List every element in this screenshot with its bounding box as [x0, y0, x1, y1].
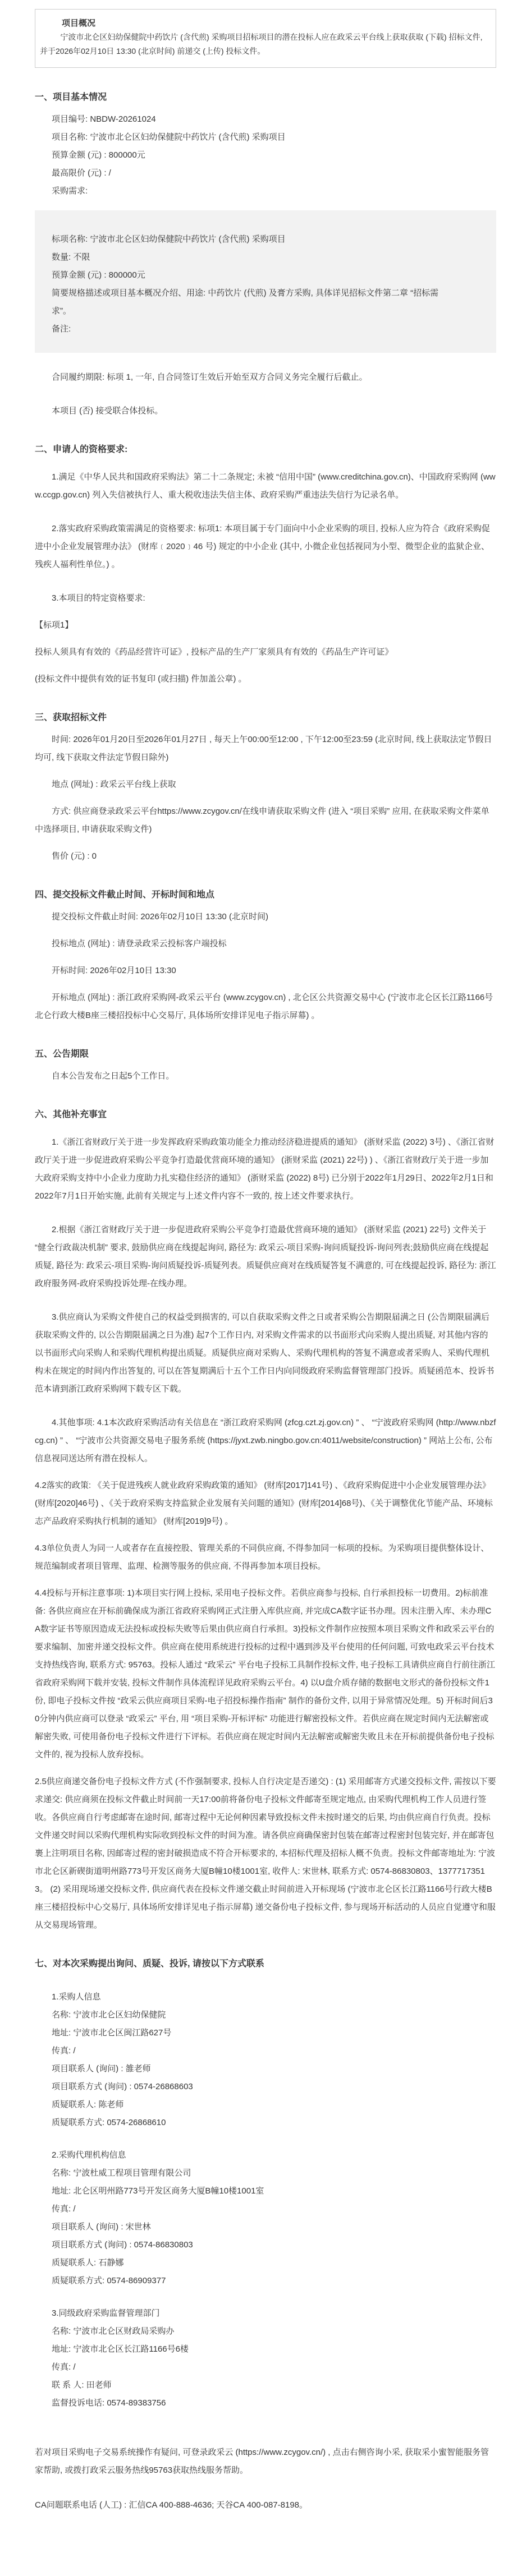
- agency-project-phone: 项目联系方式 (询问) : 0574-86830803: [35, 2236, 496, 2254]
- agency-challenge-phone: 质疑联系方式: 0574-86909377: [35, 2272, 496, 2290]
- other-matter-item: 4.2落实的政策: 《关于促进残疾人就业政府采购政策的通知》 (财库[2017]…: [35, 1477, 496, 1531]
- agency-fax: 传真: /: [35, 2200, 496, 2218]
- lot-detail-box: 标项名称: 宁波市北仑区妇幼保健院中药饮片 (含代煎) 采购项目 数量: 不限 …: [35, 210, 496, 353]
- other-matter-item: 4.3单位负责人为同一人或者存在直接控股、管理关系的不同供应商, 不得参加同一标…: [35, 1540, 496, 1575]
- qualification-license-requirement: 投标人须具有有效的《药品经营许可证》, 投标产品的生产厂家须具有有效的《药品生产…: [35, 643, 496, 661]
- lot-spec: 简要规格描述或项目基本概况介绍、用途: 中药饮片 (代煎) 及膏方采购, 具体详…: [52, 284, 445, 320]
- opening-time: 开标时间: 2026年02月10日 13:30: [35, 962, 496, 980]
- other-matter-item: 4.4投标与开标注意事项: 1)本项目实行网上投标, 采用电子投标文件。若供应商…: [35, 1584, 496, 1764]
- other-matter-item: 2.5供应商递交备份电子投标文件方式 (不作强制要求, 投标人自行决定是否递交)…: [35, 1773, 496, 1934]
- other-matter-item: 1.《浙江省财政厅关于进一步发挥政府采购政策功能全力推动经济稳进提质的通知》 (…: [35, 1133, 496, 1205]
- project-overview-box: 项目概况 宁波市北仑区妇幼保健院中药饮片 (含代煎) 采购项目招标项目的潜在投标…: [35, 9, 496, 68]
- overview-body: 宁波市北仑区妇幼保健院中药饮片 (含代煎) 采购项目招标项目的潜在投标人应在政采…: [40, 30, 491, 58]
- ca-hotline-note: CA问题联系电话 (人工) : 汇信CA 400-888-4636; 天谷CA …: [35, 2496, 496, 2514]
- obtain-price: 售价 (元) : 0: [35, 847, 496, 865]
- lot-remark: 备注:: [52, 320, 445, 338]
- regulator-fax: 传真: /: [35, 2358, 496, 2376]
- other-matter-item: 4.其他事项: 4.1本次政府采购活动有关信息在 “浙江政府采购网 (zfcg.…: [35, 1414, 496, 1468]
- lot-name: 标项名称: 宁波市北仑区妇幼保健院中药饮片 (含代煎) 采购项目: [52, 231, 445, 248]
- agency-name: 名称: 宁波杜威工程项目管理有限公司: [35, 2164, 496, 2182]
- lot-quantity: 数量: 不限: [52, 248, 445, 266]
- procurement-demand-label: 采购需求:: [35, 182, 496, 200]
- agency-address: 地址: 北仑区明州路773号开发区商务大厦B幢10楼1001室: [35, 2182, 496, 2200]
- opening-location: 开标地点 (网址) : 浙江政府采购网-政采云平台 (www.zcygov.cn…: [35, 989, 496, 1025]
- bid-location: 投标地点 (网址) : 请登录政采云投标客户端投标: [35, 935, 496, 953]
- project-name: 项目名称: 宁波市北仑区妇幼保健院中药饮片 (含代煎) 采购项目: [35, 128, 496, 146]
- obtain-location: 地点 (网址) : 政采云平台线上获取: [35, 776, 496, 794]
- section-heading-notice-period: 五、公告期限: [35, 1045, 496, 1064]
- purchaser-challenge-contact: 质疑联系人: 陈老师: [35, 2096, 496, 2114]
- qualification-license-note: (投标文件中提供有效的证书复印 (或扫描) 件加盖公章) 。: [35, 670, 496, 688]
- overview-title: 项目概况: [40, 16, 491, 30]
- regulator-address: 地址: 宁波市北仑区长江路1166号6楼: [35, 2340, 496, 2358]
- purchaser-project-contact: 项目联系人 (询问) : 雒老师: [35, 2060, 496, 2078]
- qualification-item: 2.落实政府采购政策需满足的资格要求: 标项1: 本项目属于专门面向中小企业采购…: [35, 520, 496, 574]
- platform-help-note: 若对项目采购电子交易系统操作有疑问, 可登录政采云 (https://www.z…: [35, 2444, 496, 2480]
- regulator-info-title: 3.同级政府采购监督管理部门: [35, 2305, 496, 2322]
- project-number: 项目编号: NBDW-20261024: [35, 110, 496, 128]
- obtain-method: 方式: 供应商登录政采云平台https://www.zcygov.cn/在线申请…: [35, 803, 496, 838]
- procurement-announcement-document: 项目概况 宁波市北仑区妇幼保健院中药饮片 (含代煎) 采购项目招标项目的潜在投标…: [0, 0, 531, 2576]
- obtain-time: 时间: 2026年01月20日至2026年01月27日 , 每天上午00:00至…: [35, 731, 496, 767]
- purchaser-challenge-phone: 质疑联系方式: 0574-26868610: [35, 2114, 496, 2132]
- purchaser-project-phone: 项目联系方式 (询问) : 0574-26868603: [35, 2078, 496, 2096]
- other-matter-item: 3.供应商认为采购文件使自己的权益受到损害的, 可以自获取采购文件之日或者采购公…: [35, 1308, 496, 1398]
- section-heading-deadline: 四、提交投标文件截止时间、开标时间和地点: [35, 886, 496, 905]
- contract-term: 合同履约期限: 标项 1, 一年, 自合同签订生效后开始至双方合同义务完全履行后…: [35, 368, 496, 386]
- regulator-name: 名称: 宁波市北仑区财政局采购办: [35, 2322, 496, 2340]
- regulator-complaint-phone: 监督投诉电话: 0574-89383756: [35, 2394, 496, 2412]
- lot1-tag: 【标项1】: [35, 616, 496, 634]
- agency-challenge-contact: 质疑联系人: 石静娜: [35, 2254, 496, 2272]
- purchaser-name: 名称: 宁波市北仑区妇幼保健院: [35, 2006, 496, 2024]
- qualification-item: 1.满足《中华人民共和国政府采购法》第二十二条规定; 未被 “信用中国” (ww…: [35, 468, 496, 504]
- section-heading-other-matters: 六、其他补充事宜: [35, 1105, 496, 1125]
- lot-budget: 预算金额 (元) : 800000元: [52, 266, 445, 284]
- section-heading-obtain-documents: 三、获取招标文件: [35, 708, 496, 727]
- notice-period-body: 自本公告发布之日起5个工作日。: [35, 1067, 496, 1085]
- qualification-item: 3.本项目的特定资格要求:: [35, 589, 496, 607]
- section-heading-basic-info: 一、项目基本情况: [35, 88, 496, 107]
- purchaser-info-title: 1.采购人信息: [35, 1988, 496, 2006]
- purchaser-fax: 传真: /: [35, 2042, 496, 2060]
- regulator-contact: 联 系 人: 田老师: [35, 2376, 496, 2394]
- section-heading-qualification: 二、申请人的资格要求:: [35, 440, 496, 459]
- section-heading-contact: 七、对本次采购提出询问、质疑、投诉, 请按以下方式联系: [35, 1955, 496, 1974]
- max-price: 最高限价 (元) : /: [35, 164, 496, 182]
- other-matter-item: 2.根据《浙江省财政厅关于进一步促进政府采购公平竞争打造最优营商环境的通知》 (…: [35, 1221, 496, 1293]
- purchaser-address: 地址: 宁波市北仑区闽江路627号: [35, 2024, 496, 2042]
- agency-info-title: 2.采购代理机构信息: [35, 2146, 496, 2164]
- submission-deadline: 提交投标文件截止时间: 2026年02月10日 13:30 (北京时间): [35, 908, 496, 926]
- joint-bid-statement: 本项目 (否) 接受联合体投标。: [35, 402, 496, 420]
- agency-project-contact: 项目联系人 (询问) : 宋世林: [35, 2218, 496, 2236]
- budget-amount: 预算金额 (元) : 800000元: [35, 146, 496, 164]
